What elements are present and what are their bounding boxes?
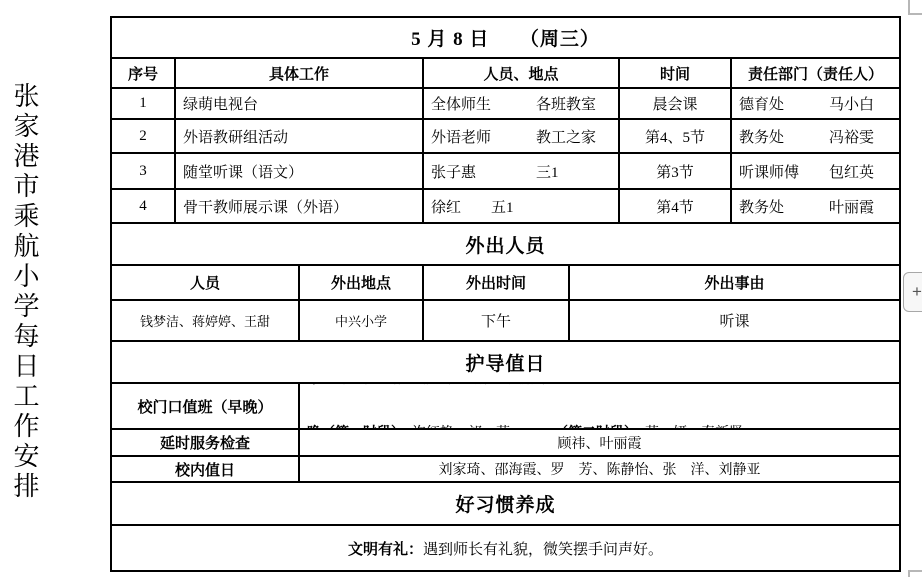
row-dept-person: 教务处 叶丽霞 — [732, 190, 899, 222]
row-people-place: 张子惠 三1 — [424, 154, 620, 188]
row-no: 3 — [112, 154, 176, 188]
outgoing-people: 钱梦洁、蒋婷婷、王甜 — [112, 301, 300, 340]
habit-content-row: 文明有礼：遇到师长有礼貌，微笑摆手问声好。 — [112, 526, 899, 570]
row-time: 第4、5节 — [620, 120, 732, 152]
delay-check-row: 延时服务检查 顾祎、叶丽霞 — [112, 430, 899, 457]
page-title-vertical: 张家港市乘航小学每日工作安排 — [7, 82, 41, 512]
gate-evening-slot1-label: 晚（第一时段）： — [307, 426, 412, 428]
text-boundary-mark-bottom-right — [908, 570, 922, 572]
outgoing-header-people: 人员 — [112, 266, 300, 299]
schedule-table: 5 月 8 日 （周三） 序号 具体工作 人员、地点 时间 责任部门（责任人） … — [110, 16, 901, 572]
table-row: 2 外语教研组活动 外语老师 教工之家 第4、5节 教务处 冯裕雯 — [112, 120, 899, 154]
row-work: 骨干教师展示课（外语） — [176, 190, 424, 222]
habit-section-title: 好习惯养成 — [112, 483, 899, 524]
outgoing-section-row: 外出人员 — [112, 224, 899, 266]
outgoing-header-reason: 外出事由 — [570, 266, 899, 299]
row-no: 1 — [112, 89, 176, 118]
row-no: 2 — [112, 120, 176, 152]
row-work: 绿萌电视台 — [176, 89, 424, 118]
row-no: 4 — [112, 190, 176, 222]
row-work: 外语教研组活动 — [176, 120, 424, 152]
plus-icon: + — [912, 282, 922, 302]
date-title: 5 月 8 日 （周三） — [112, 18, 899, 57]
campus-duty-names: 刘家琦、邵海霞、罗 芳、陈静怡、张 洋、刘静亚 — [300, 457, 899, 481]
habit-section-row: 好习惯养成 — [112, 483, 899, 526]
header-people-place: 人员、地点 — [424, 59, 620, 87]
row-time: 第4节 — [620, 190, 732, 222]
habit-text: 遇到师长有礼貌，微笑摆手问声好。 — [423, 538, 663, 559]
table-row: 3 随堂听课（语文） 张子惠 三1 第3节 听课师傅 包红英 — [112, 154, 899, 190]
outgoing-time: 下午 — [424, 301, 570, 340]
date-title-row: 5 月 8 日 （周三） — [112, 18, 899, 59]
gate-duty-morning-line: 早：许红艳、祁 菲、范 妍、秦新贤 — [307, 384, 743, 390]
row-dept-person: 德育处 马小白 — [732, 89, 899, 118]
outgoing-place: 中兴小学 — [300, 301, 424, 340]
add-row-button[interactable]: + — [903, 272, 922, 312]
main-header-row: 序号 具体工作 人员、地点 时间 责任部门（责任人） — [112, 59, 899, 89]
gate-duty-row: 校门口值班（早晚） 早：许红艳、祁 菲、范 妍、秦新贤 晚（第一时段）：许红艳、… — [112, 384, 899, 430]
outgoing-data-row: 钱梦洁、蒋婷婷、王甜 中兴小学 下午 听课 — [112, 301, 899, 342]
habit-content: 文明有礼：遇到师长有礼貌，微笑摆手问声好。 — [112, 526, 899, 570]
table-row: 4 骨干教师展示课（外语） 徐红 五1 第4节 教务处 叶丽霞 — [112, 190, 899, 224]
row-time: 第3节 — [620, 154, 732, 188]
gate-evening-slot1-names: 许红艳、祁 菲 — [412, 426, 510, 428]
header-no: 序号 — [112, 59, 176, 87]
outgoing-reason: 听课 — [570, 301, 899, 340]
habit-label: 文明有礼： — [348, 538, 423, 559]
outgoing-header-time: 外出时间 — [424, 266, 570, 299]
row-dept-person: 教务处 冯裕雯 — [732, 120, 899, 152]
row-dept-person: 听课师傅 包红英 — [732, 154, 899, 188]
row-people-place: 外语老师 教工之家 — [424, 120, 620, 152]
gate-morning-label: 早： — [307, 384, 335, 387]
delay-check-names: 顾祎、叶丽霞 — [300, 430, 899, 455]
campus-duty-row: 校内值日 刘家琦、邵海霞、罗 芳、陈静怡、张 洋、刘静亚 — [112, 457, 899, 483]
gate-evening-slot2-label: （第二时段）： — [554, 426, 645, 428]
row-people-place: 徐红 五1 — [424, 190, 620, 222]
outgoing-section-title: 外出人员 — [112, 224, 899, 264]
row-time: 晨会课 — [620, 89, 732, 118]
gate-duty-evening-line: 晚（第一时段）：许红艳、祁 菲（第二时段）：范 妍、秦新贤 — [307, 424, 743, 428]
campus-duty-label: 校内值日 — [112, 457, 300, 481]
header-time: 时间 — [620, 59, 732, 87]
gate-evening-slot2-names: 范 妍、秦新贤 — [645, 426, 743, 428]
header-work: 具体工作 — [176, 59, 424, 87]
row-work: 随堂听课（语文） — [176, 154, 424, 188]
table-row: 1 绿萌电视台 全体师生 各班教室 晨会课 德育处 马小白 — [112, 89, 899, 120]
duty-section-row: 护导值日 — [112, 342, 899, 384]
outgoing-header-row: 人员 外出地点 外出时间 外出事由 — [112, 266, 899, 301]
gate-morning-names: 许红艳、祁 菲、范 妍、秦新贤 — [335, 384, 545, 387]
delay-check-label: 延时服务检查 — [112, 430, 300, 455]
gate-duty-content: 早：许红艳、祁 菲、范 妍、秦新贤 晚（第一时段）：许红艳、祁 菲（第二时段）：… — [300, 384, 899, 428]
row-people-place: 全体师生 各班教室 — [424, 89, 620, 118]
text-boundary-mark-top-right — [908, 13, 922, 15]
duty-section-title: 护导值日 — [112, 342, 899, 382]
gate-duty-label: 校门口值班（早晚） — [112, 384, 300, 428]
header-dept: 责任部门（责任人） — [732, 59, 899, 87]
outgoing-header-place: 外出地点 — [300, 266, 424, 299]
